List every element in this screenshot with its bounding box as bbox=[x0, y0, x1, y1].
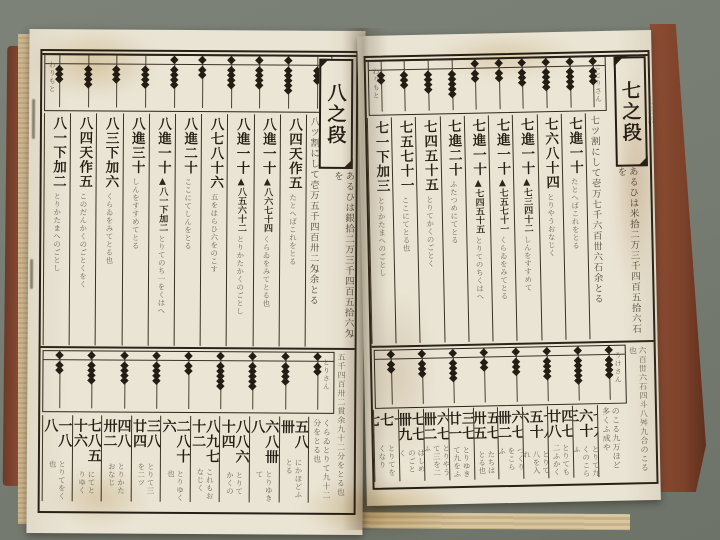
bead-icon bbox=[418, 365, 426, 373]
bead-icon bbox=[565, 77, 573, 85]
rule-heading: 七五七十一 bbox=[397, 120, 412, 193]
rule-annotation: とりゆく也 bbox=[166, 470, 185, 502]
rule-column: 七進一十▲七四五十五とりてのちくはへ bbox=[465, 115, 494, 341]
bead-icon bbox=[113, 70, 121, 78]
bead-icon bbox=[284, 56, 292, 64]
bead-icon bbox=[377, 76, 385, 84]
abacus-label-right: とりやう bbox=[319, 63, 329, 95]
bead-icon bbox=[543, 357, 551, 365]
bead-icon bbox=[120, 361, 128, 369]
bead-icon bbox=[313, 363, 321, 371]
bead-icon bbox=[480, 358, 488, 366]
abacus-rod bbox=[245, 56, 274, 111]
earth-bead-stack bbox=[257, 68, 263, 88]
bead-icon bbox=[424, 85, 432, 93]
bead-icon bbox=[170, 66, 178, 74]
rule-heading: 一七七 bbox=[374, 412, 400, 442]
rule-column: 三八廿四とりて三を二ツ bbox=[131, 416, 161, 502]
bead-icon bbox=[284, 86, 292, 94]
bead-icon bbox=[284, 81, 292, 89]
bead-icon bbox=[447, 80, 455, 88]
bead-icon bbox=[574, 366, 582, 374]
earth-bead-stack bbox=[57, 67, 63, 82]
earth-bead-stack bbox=[566, 70, 572, 90]
abacus-rod-line bbox=[285, 353, 286, 410]
bead-icon bbox=[256, 66, 264, 74]
bead-icon bbox=[574, 361, 582, 369]
abacus-diagram-top: わりもととりやう bbox=[44, 54, 332, 113]
bead-icon bbox=[542, 83, 550, 91]
bead-icon bbox=[449, 349, 457, 357]
rule-annotation: たちはとる也 bbox=[477, 450, 496, 480]
bead-icon bbox=[120, 376, 128, 384]
bead-icon bbox=[152, 377, 160, 385]
abacus-rod-line bbox=[451, 60, 453, 110]
rule-annotation: とりて八を入れ bbox=[523, 450, 549, 479]
bead-icon bbox=[511, 358, 519, 366]
rule-column: 七一下加三とりかたまへのごとし bbox=[368, 117, 397, 343]
rule-annotation: たとへばこれをとる bbox=[288, 193, 298, 265]
abacus-rod-line bbox=[231, 56, 232, 108]
bead-icon bbox=[227, 71, 235, 79]
rule-column: 七八五十六にてとりゆく bbox=[72, 415, 102, 501]
bead-icon bbox=[313, 66, 321, 74]
bead-icon bbox=[313, 368, 321, 376]
section-title-box: 七之段 bbox=[614, 56, 648, 167]
bead-icon bbox=[605, 361, 613, 369]
rule-heading: 七六八十四 bbox=[542, 117, 557, 190]
bead-icon bbox=[249, 352, 257, 360]
abacus-rod-line bbox=[546, 58, 548, 108]
bead-icon bbox=[198, 66, 206, 74]
abacus-beam bbox=[45, 63, 331, 66]
abacus-rod bbox=[108, 351, 141, 411]
abacus-label-right: ことりさん bbox=[593, 63, 604, 103]
earth-bead-stack bbox=[185, 364, 191, 374]
bead-icon bbox=[574, 356, 582, 364]
abacus-rod bbox=[269, 352, 302, 412]
bead-icon bbox=[87, 376, 95, 384]
abacus-rod-line bbox=[317, 57, 318, 109]
abacus-rod-line bbox=[59, 55, 60, 107]
rule-column: 七進一十たとへばこれをとる bbox=[562, 113, 591, 339]
abacus-rods bbox=[43, 351, 333, 413]
rule-annotation: とりやうおなじく bbox=[546, 193, 557, 257]
bead-icon bbox=[284, 76, 292, 84]
rule-heading: 八進一十 bbox=[260, 117, 274, 175]
bead-icon bbox=[543, 367, 551, 375]
bead-icon bbox=[216, 377, 224, 385]
bead-icon bbox=[84, 80, 92, 88]
bead-icon bbox=[281, 372, 289, 380]
earth-bead-stack bbox=[85, 67, 91, 87]
abacus-rod-line bbox=[484, 349, 486, 403]
rule-heading: 六八卌八 bbox=[250, 419, 278, 467]
abacus-rod-line bbox=[188, 352, 189, 409]
bead-icon bbox=[542, 78, 550, 86]
rule-annotation: はしめのごとく bbox=[399, 449, 425, 481]
rule-annotation: とりてのちくはへ bbox=[474, 237, 485, 301]
rule-heading: 八一下加二 bbox=[50, 116, 64, 189]
bead-icon bbox=[255, 71, 263, 79]
bead-icon bbox=[152, 352, 160, 360]
bead-icon bbox=[518, 68, 526, 76]
bead-icon bbox=[120, 351, 128, 359]
heaven-bead-icon bbox=[544, 348, 550, 354]
answer-note-column: 六百丗六石四斗八舛九合のこる也 bbox=[628, 346, 650, 476]
bead-icon bbox=[605, 356, 613, 364]
bead-icon bbox=[170, 76, 178, 84]
bead-icon bbox=[518, 73, 526, 81]
abacus-rod-line bbox=[547, 347, 549, 401]
bead-icon bbox=[170, 56, 178, 64]
division-rule-columns-top: 八一下加二とりかたまへのごとし八四天作五このだんかくのごとくをく八三下加六くらゐ… bbox=[43, 113, 307, 347]
earth-bead-stack bbox=[472, 72, 478, 82]
rule-column: 一七七とりてをくなり bbox=[374, 409, 400, 482]
rule-heading: 四八卅二 bbox=[102, 418, 130, 460]
bead-icon bbox=[255, 76, 263, 84]
abacus-label-left: わりもと bbox=[371, 68, 382, 100]
multiplication-rule-columns-bottom: 一八八とりてをく也七八五十六にてとりゆく四八卅二とりかたおなじ三八廿四とりて三を… bbox=[42, 415, 310, 503]
abacus-rod bbox=[487, 59, 512, 112]
bead-icon bbox=[249, 377, 257, 385]
bead-icon bbox=[495, 74, 503, 82]
rule-heading: 八八六十四 bbox=[221, 419, 249, 468]
bead-icon bbox=[605, 346, 613, 354]
abacus-rod bbox=[204, 352, 237, 412]
section-divider-line bbox=[41, 346, 355, 349]
bottom-note-column: くらゐとりて九十二分をとる也 bbox=[312, 419, 332, 503]
bead-icon bbox=[184, 367, 192, 375]
rule-column: 八進一十▲八五六十二とりかたかくのごとし bbox=[227, 114, 255, 346]
heaven-bead-icon bbox=[121, 353, 127, 359]
bead-icon bbox=[417, 350, 425, 358]
rule-annotation: とりかたまへのごとし bbox=[376, 196, 387, 276]
earth-bead-stack bbox=[590, 69, 596, 84]
bead-icon bbox=[449, 374, 457, 382]
bead-icon bbox=[566, 82, 574, 90]
abacus-rod bbox=[274, 56, 303, 111]
rule-heading: 三七廿一 bbox=[449, 411, 475, 444]
rule-annotation: ふたつめにてとる bbox=[449, 180, 460, 244]
rule-heading: 七七卌九 bbox=[399, 412, 425, 447]
bead-icon bbox=[152, 367, 160, 375]
earth-bead-stack bbox=[425, 73, 431, 93]
rule-heading: 八三下加六 bbox=[103, 116, 117, 189]
rule-column: 七五七十一ここにてとる也 bbox=[392, 117, 421, 343]
book-photo-stage: わりもととりやう 八之段 八一下加二とりかたまへのごとし八四天作五このだんかくの… bbox=[0, 0, 720, 540]
earth-bead-stack bbox=[250, 364, 256, 389]
section-title-box: 八之段 bbox=[319, 59, 354, 169]
bead-icon bbox=[471, 69, 479, 77]
bead-icon bbox=[55, 75, 63, 83]
bottom-note-column: のこる九万ほど多くふ成や bbox=[601, 407, 622, 477]
heaven-bead-icon bbox=[543, 59, 549, 65]
rule-heading: 八進一十 bbox=[155, 117, 169, 175]
bead-icon bbox=[511, 363, 519, 371]
abacus-rod bbox=[439, 60, 464, 113]
earth-bead-stack bbox=[519, 71, 525, 86]
earth-bead-stack bbox=[142, 68, 148, 88]
earth-bead-stack bbox=[285, 69, 291, 94]
printed-border-frame: わりもととりやう 八之段 八一下加二とりかたまへのごとし八四天作五このだんかくの… bbox=[38, 49, 359, 515]
abacus-rod-line bbox=[578, 347, 580, 401]
heaven-bead-icon bbox=[257, 57, 263, 63]
rule-annotation: にてとりゆく bbox=[77, 470, 96, 501]
abacus-rod-line bbox=[260, 56, 261, 108]
intro-text-column-2: 七ツ割にして壱万七千六百丗六石余とる bbox=[588, 115, 604, 337]
heaven-bead-icon bbox=[218, 353, 224, 359]
abacus-label-left: わりもと bbox=[47, 61, 57, 93]
bead-icon bbox=[418, 370, 426, 378]
bead-icon bbox=[565, 67, 573, 75]
bead-icon bbox=[574, 376, 582, 384]
abacus-rod-line bbox=[569, 58, 571, 108]
rule-annotation: しんをすすめてとる bbox=[131, 178, 141, 250]
earth-bead-stack bbox=[543, 70, 549, 90]
abacus-rod bbox=[159, 56, 188, 111]
rule-column: 八八六十四とりてかくの bbox=[220, 416, 250, 502]
abacus-diagram-middle: うけさん bbox=[374, 345, 627, 409]
rule-heading: 八四天作五 bbox=[286, 118, 300, 191]
bead-icon bbox=[216, 382, 224, 390]
abacus-rod-line bbox=[253, 352, 254, 409]
rule-heading: 八四天作五 bbox=[77, 116, 91, 189]
abacus-rod-line bbox=[174, 56, 175, 108]
bead-icon bbox=[84, 75, 92, 83]
bead-icon bbox=[55, 70, 63, 78]
bead-icon bbox=[281, 352, 289, 360]
earth-bead-stack bbox=[388, 362, 394, 372]
rule-annotation: このだんかくのごとくをく bbox=[78, 192, 88, 288]
rule-column: 七七卌九はしめのごとく bbox=[399, 409, 425, 482]
rule-column: 七四五十五とりてかくのごとく bbox=[416, 116, 445, 342]
bead-icon bbox=[400, 76, 408, 84]
abacus-rod-line bbox=[380, 62, 382, 112]
heaven-bead-icon bbox=[450, 350, 456, 356]
rule-annotation: つくりをこらふ bbox=[498, 447, 524, 479]
abacus-diagram-top: わりもとことりさん bbox=[368, 56, 607, 116]
bead-icon bbox=[184, 352, 192, 360]
bead-icon bbox=[88, 351, 96, 359]
rule-column: 七六八十四とりやうおなじく bbox=[537, 114, 566, 340]
earth-bead-stack bbox=[153, 364, 159, 384]
earth-bead-stack bbox=[57, 363, 63, 373]
bead-icon bbox=[249, 382, 257, 390]
bead-icon bbox=[480, 348, 488, 356]
earth-bead-stack bbox=[121, 364, 127, 384]
abacus-rod-line bbox=[288, 57, 289, 109]
bead-icon bbox=[281, 377, 289, 385]
bead-icon bbox=[589, 77, 597, 85]
abacus-rod bbox=[188, 56, 217, 111]
rule-column: 七進一十▲七三四十二しんをすすめて bbox=[513, 114, 542, 340]
heaven-bead-icon bbox=[606, 347, 612, 353]
answer-note-column: 五千四百卅二貫余九十二分をとる也 bbox=[336, 353, 347, 503]
earth-bead-stack bbox=[171, 68, 177, 88]
rule-column: 八進三十しんをすすめてとる bbox=[122, 114, 150, 346]
bead-icon bbox=[574, 346, 582, 354]
abacus-rod-line bbox=[202, 56, 203, 108]
rule-heading: 七進二十 bbox=[445, 119, 460, 177]
bead-icon bbox=[424, 70, 432, 78]
abacus-rod-line bbox=[317, 353, 318, 410]
abacus-rod-line bbox=[156, 352, 157, 409]
bead-icon bbox=[227, 66, 235, 74]
abacus-rod-line bbox=[59, 351, 60, 408]
bead-icon bbox=[55, 361, 63, 369]
bead-icon bbox=[112, 75, 120, 83]
abacus-rod bbox=[302, 57, 331, 112]
bead-icon bbox=[84, 70, 92, 78]
rule-subentry: ▲八六七十四 bbox=[262, 177, 271, 232]
bead-icon bbox=[217, 352, 225, 360]
abacus-rod bbox=[534, 58, 559, 111]
heaven-bead-icon bbox=[200, 57, 206, 63]
abacus-rods bbox=[369, 57, 606, 115]
bead-icon bbox=[376, 71, 384, 79]
bead-icon bbox=[541, 58, 549, 66]
rule-heading: 七進一十 bbox=[494, 118, 509, 176]
bead-icon bbox=[589, 72, 597, 80]
rule-heading: 八七八十六 bbox=[208, 117, 222, 190]
bead-icon bbox=[256, 56, 264, 64]
rule-column: 四七廿八とりても二ふかく bbox=[548, 406, 574, 479]
bead-icon bbox=[565, 57, 573, 65]
heaven-bead-icon bbox=[481, 349, 487, 355]
bead-icon bbox=[170, 71, 178, 79]
bead-icon bbox=[55, 351, 63, 359]
abacus-rod-line bbox=[453, 349, 455, 403]
bead-icon bbox=[543, 362, 551, 370]
rule-annotation: とりて三を二ツ bbox=[136, 463, 155, 502]
bead-icon bbox=[227, 56, 235, 64]
abacus-rod bbox=[531, 347, 563, 405]
rule-annotation: とりてのち一をくはへ bbox=[157, 235, 167, 315]
rule-annotation: とりかたまへのごとし bbox=[52, 192, 62, 272]
abacus-rod bbox=[172, 352, 205, 412]
rule-heading: 四七廿八 bbox=[548, 409, 574, 442]
earth-bead-stack bbox=[89, 363, 95, 383]
bead-icon bbox=[449, 359, 457, 367]
bead-icon bbox=[542, 73, 550, 81]
abacus-beam bbox=[44, 359, 334, 362]
rule-column: 四八卅二とりかたおなじ bbox=[102, 415, 132, 501]
abacus-rod bbox=[437, 349, 469, 407]
earth-bead-stack bbox=[218, 364, 224, 389]
page-verso-hachi-no-dan: わりもととりやう 八之段 八一下加二とりかたまへのごとし八四天作五このだんかくの… bbox=[26, 29, 365, 535]
abacus-rod bbox=[557, 57, 582, 110]
rule-annotation: とりてかくの bbox=[225, 471, 244, 502]
bead-icon bbox=[447, 75, 455, 83]
bead-icon bbox=[494, 59, 502, 67]
earth-bead-stack bbox=[575, 359, 582, 384]
rule-heading: 七八五十六 bbox=[523, 409, 549, 448]
abacus-rod-line bbox=[117, 56, 118, 108]
bead-icon bbox=[512, 368, 520, 376]
rule-annotation: とりてをくなり bbox=[377, 445, 397, 482]
multiplication-rule-columns-bottom: 一七七とりてをくなり七七卌九はしめのごとく六七卌二とりやうて三を二ふ三七廿一とり… bbox=[373, 405, 599, 482]
rule-column: 六七卌二とりやうて三を二ふ bbox=[424, 408, 450, 481]
rule-annotation: くらゐをみてとる bbox=[498, 236, 509, 300]
bead-icon bbox=[216, 362, 224, 370]
rule-heading: 一八八 bbox=[43, 418, 71, 457]
abacus-rod bbox=[416, 60, 441, 113]
pillar-margin-text: 七之段 bbox=[646, 96, 657, 126]
bead-icon bbox=[84, 65, 92, 73]
bead-icon bbox=[216, 367, 224, 375]
rule-heading: 五八卌 bbox=[280, 420, 308, 456]
rule-heading: 八進二十 bbox=[182, 117, 196, 175]
rule-subentry: ▲八五六十二 bbox=[236, 177, 245, 232]
bead-icon bbox=[281, 362, 289, 370]
section-title: 七之段 bbox=[617, 80, 645, 144]
rule-column: 六八卌八とりゆきて bbox=[250, 416, 280, 502]
heaven-bead-icon bbox=[228, 57, 234, 63]
abacus-rods bbox=[375, 346, 626, 408]
bead-icon bbox=[448, 90, 456, 98]
bead-icon bbox=[471, 59, 479, 67]
abacus-rod bbox=[217, 56, 246, 111]
rule-column: 七八五十六とりて八を入れ bbox=[523, 406, 549, 479]
bead-icon bbox=[543, 372, 551, 380]
abacus-rod-line bbox=[92, 351, 93, 408]
abacus-rod-line bbox=[609, 346, 611, 400]
ink-scuff-mark bbox=[30, 259, 33, 289]
abacus-beam bbox=[369, 65, 605, 71]
bead-icon bbox=[589, 57, 597, 65]
bead-icon bbox=[141, 70, 149, 78]
intro-text-column-1: あるひは銀拾二万三千四百五拾六匁を bbox=[331, 171, 355, 347]
section-title: 八之段 bbox=[322, 82, 349, 145]
bead-icon bbox=[216, 372, 224, 380]
rule-heading: 七四五十五 bbox=[421, 120, 436, 193]
earth-bead-stack bbox=[114, 67, 120, 82]
abacus-rod bbox=[468, 348, 500, 406]
bead-icon bbox=[447, 70, 455, 78]
rule-annotation: しんをすすめて bbox=[523, 236, 534, 292]
rule-column: 六七卌二つくりをこらふ bbox=[498, 407, 524, 480]
bead-icon bbox=[249, 367, 257, 375]
earth-bead-stack bbox=[496, 71, 502, 81]
bead-icon bbox=[400, 71, 408, 79]
bead-icon bbox=[480, 363, 488, 371]
heaven-bead-icon bbox=[250, 353, 256, 359]
abacus-rod bbox=[581, 57, 606, 110]
rule-annotation: 五をはらひ六をのこす bbox=[209, 193, 219, 273]
abacus-rod bbox=[131, 56, 160, 111]
bead-icon bbox=[449, 369, 457, 377]
bead-icon bbox=[386, 365, 394, 373]
bead-icon bbox=[471, 74, 479, 82]
rule-heading: 五七卅五 bbox=[473, 410, 499, 447]
abacus-diagram-middle: とりさん bbox=[42, 350, 334, 414]
rule-heading: 七一下加三 bbox=[373, 121, 388, 194]
rule-column: 八九七十二これもおなじく bbox=[190, 416, 220, 502]
intro-text-column-2: 八ツ割にして壱万五千四百卅二匁余とる bbox=[307, 117, 320, 345]
abacus-rod bbox=[45, 55, 74, 110]
earth-bead-stack bbox=[401, 73, 407, 88]
rule-annotation: くらゐをみてとる也 bbox=[261, 235, 271, 307]
abacus-rod-line bbox=[422, 350, 424, 404]
heaven-bead-icon bbox=[285, 58, 291, 64]
abacus-rod-line bbox=[124, 352, 125, 409]
rule-heading: 六七卌二 bbox=[498, 410, 524, 445]
bead-icon bbox=[518, 78, 526, 86]
rule-heading: 八進一十 bbox=[234, 117, 248, 175]
rule-annotation: とりてかくのごとく bbox=[425, 195, 436, 267]
abacus-rod bbox=[562, 346, 594, 404]
